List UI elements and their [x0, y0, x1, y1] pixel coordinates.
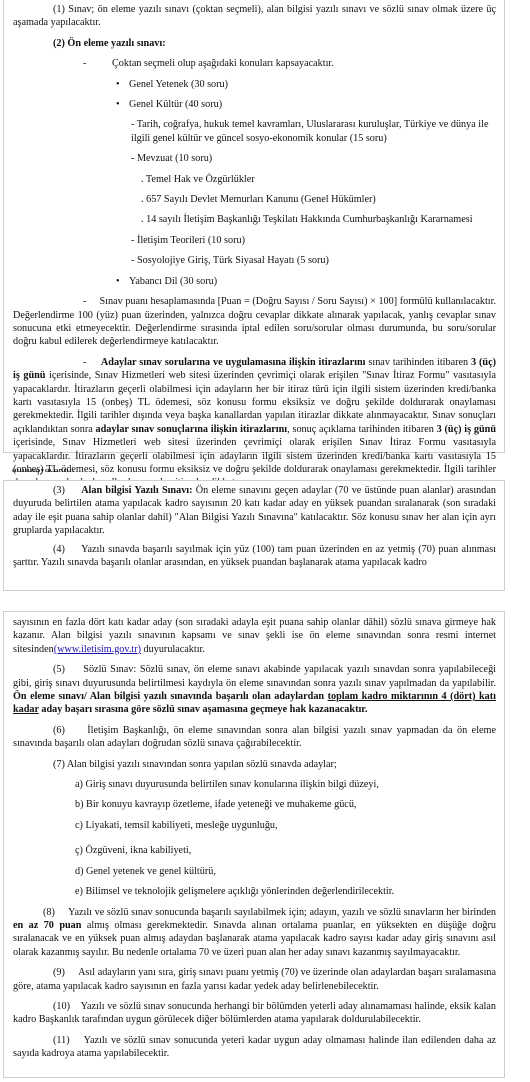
- dash-marker: -: [83, 357, 86, 368]
- dash-marker: -: [83, 296, 86, 307]
- paragraph-text: almış olması gerekmektedir. Sınavda alın…: [13, 920, 496, 958]
- paragraph-text: duyurulacaktır.: [141, 644, 205, 655]
- dash-marker: -: [83, 57, 86, 70]
- legislation-item: . 14 sayılı İletişim Başkanlığı Teşkilat…: [13, 213, 496, 226]
- exam-intro-text: Çoktan seçmeli olup aşağıdaki konuları k…: [112, 57, 496, 70]
- paragraph-number: (9): [53, 967, 65, 978]
- culture-subtopic: - Tarih, coğrafya, hukuk temel kavramlar…: [13, 118, 496, 145]
- culture-subtopic: - Mevzuat (10 soru): [13, 152, 496, 165]
- culture-subtopic: - Sosyolojiye Giriş, Türk Siyasal Hayatı…: [13, 254, 496, 267]
- paragraph-8: (8) Yazılı ve sözlü sınav sonucunda başa…: [13, 906, 496, 960]
- paragraph-11: (11) Yazılı ve sözlü sınav sonucunda yet…: [13, 1034, 496, 1061]
- paragraph-4: (4) Yazılı sınavda başarılı sayılmak içi…: [13, 543, 496, 570]
- document-page-section-3: sayısının en fazla dört katı kadar aday …: [3, 611, 505, 1078]
- paragraph-1: (1) Sınav; ön eleme yazılı sınavı (çokta…: [13, 3, 496, 30]
- bold-text: Ön eleme sınavı/ Alan bilgisi yazılı sın…: [13, 691, 328, 702]
- bullet-icon: •: [116, 78, 120, 91]
- paragraph-number: (8): [43, 907, 55, 918]
- criteria-item: e) Bilimsel ve teknolojik gelişmelere aç…: [13, 885, 496, 898]
- criteria-item: a) Giriş sınavı duyurusunda belirtilen s…: [13, 778, 496, 791]
- paragraph-5: (5) Sözlü Sınav: Sözlü sınav, ön eleme s…: [13, 663, 496, 717]
- bullet-icon: •: [116, 98, 120, 111]
- paragraph-7: (7) Alan bilgisi yazılı sınavından sonra…: [13, 758, 496, 771]
- criteria-item: d) Genel yetenek ve genel kültürü,: [13, 865, 496, 878]
- paragraph-text: Yazılı ve sözlü sınav sonucunda herhangi…: [13, 1001, 496, 1025]
- continuation-paragraph: sayısının en fazla dört katı kadar aday …: [13, 616, 496, 656]
- objection-text: sınav tarihinden itibaren: [366, 357, 472, 368]
- paragraph-6: (6) İletişim Başkanlığı, ön eleme sınavı…: [13, 724, 496, 751]
- legislation-item: . 657 Sayılı Devlet Memurları Kanunu (Ge…: [13, 193, 496, 206]
- paragraph-3: (3) Alan bilgisi Yazılı Sınavı: Ön eleme…: [13, 484, 496, 538]
- objection-bold-text: 3 (üç) iş günü: [437, 424, 496, 435]
- bullet-icon: •: [116, 275, 120, 288]
- criteria-item: b) Bir konuyu kavrayıp özetleme, ifade y…: [13, 798, 496, 811]
- clipped-text-fragment: alınmayacaktır.: [12, 469, 112, 480]
- culture-subtopic: - İletişim Teorileri (10 soru): [13, 234, 496, 247]
- scoring-text: Sınav puanı hesaplamasında [Puan = (Doğr…: [13, 296, 496, 347]
- paragraph-text: Yazılı sınavda başarılı sayılmak için yü…: [13, 544, 496, 568]
- criteria-item: ç) Özgüveni, ikna kabiliyeti,: [13, 844, 496, 857]
- exam-intro: - Çoktan seçmeli olup aşağıdaki konuları…: [13, 57, 496, 70]
- section-title-bold: Alan bilgisi Yazılı Sınavı:: [81, 485, 192, 496]
- list-item-bullet: • Yabancı Dil (30 soru): [13, 275, 496, 288]
- list-item-bullet: • Genel Yetenek (30 soru): [13, 78, 496, 91]
- topic-general-culture: Genel Kültür (40 soru): [129, 98, 496, 111]
- clipped-text: alınmayacaktır.: [12, 469, 112, 476]
- paragraph-number: (6): [53, 725, 65, 736]
- criteria-item: c) Liyakati, temsil kabiliyeti, mesleğe …: [13, 819, 496, 832]
- heading-pre-elimination-exam: (2) Ön eleme yazılı sınavı:: [13, 37, 496, 50]
- website-link[interactable]: (www.iletisim.gov.tr): [54, 644, 141, 655]
- paragraph-text: Yazılı ve sözlü sınav sonucunda başarılı…: [68, 907, 496, 918]
- topic-general-ability: Genel Yetenek (30 soru): [129, 78, 496, 91]
- paragraph-text: Yazılı ve sözlü sınav sonucunda yeteri k…: [13, 1035, 496, 1059]
- objection-text: , sonuç açıklama tarihinden itibaren: [287, 424, 437, 435]
- paragraph-text: İletişim Başkanlığı, ön eleme sınavından…: [13, 725, 496, 749]
- paragraph-10: (10) Yazılı ve sözlü sınav sonucunda her…: [13, 1000, 496, 1027]
- objection-bold-text: Adaylar sınav sorularına ve uygulamasına…: [101, 357, 366, 368]
- legislation-item: . Temel Hak ve Özgürlükler: [13, 173, 496, 186]
- paragraph-text: Sözlü Sınav: Sözlü sınav, ön eleme sınav…: [13, 664, 496, 688]
- paragraph-text: Asıl adayların yanı sıra, giriş sınavı p…: [13, 967, 496, 991]
- topic-foreign-language: Yabancı Dil (30 soru): [129, 275, 496, 288]
- objection-bold-text: adaylar sınav sonuçlarına ilişkin itiraz…: [96, 424, 288, 435]
- paragraph-number: (3): [53, 485, 65, 496]
- list-item-bullet: • Genel Kültür (40 soru): [13, 98, 496, 111]
- paragraph-number: (11): [53, 1035, 70, 1046]
- paragraph-number: (10): [53, 1001, 70, 1012]
- paragraph-number: (4): [53, 544, 65, 555]
- scoring-paragraph: - Sınav puanı hesaplamasında [Puan = (Do…: [13, 295, 496, 349]
- paragraph-number: (5): [53, 664, 65, 675]
- document-page-section-1: (1) Sınav; ön eleme yazılı sınavı (çokta…: [3, 0, 505, 453]
- bold-text: en az 70 puan: [13, 920, 81, 931]
- document-page-section-2: (3) Alan bilgisi Yazılı Sınavı: Ön eleme…: [3, 480, 505, 591]
- bold-text: aday başarı sırasına göre sözlü sınav aş…: [39, 704, 368, 715]
- paragraph-9: (9) Asıl adayların yanı sıra, giriş sına…: [13, 966, 496, 993]
